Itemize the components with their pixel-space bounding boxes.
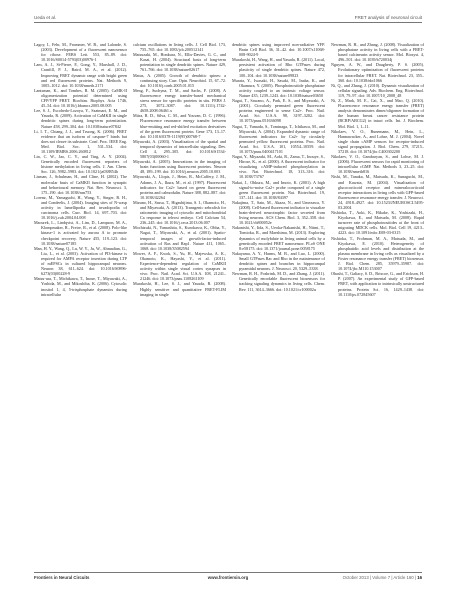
reference-entry: dendritic spines using improved non-radi… [232,42,325,57]
reference-entry: Nagai, T., Sawano, A., Park, E. S., and … [232,98,325,123]
header-authors: Ueda et al. [34,15,56,20]
reference-entry: Nishi, M., Tanaka, M., Matsuda, K., Suna… [331,174,424,210]
reference-entry: Nikolaev, V. O., Bunemann, M., Hein, L.,… [331,129,424,154]
reference-entry: Miyawaki, A. (2003). Visualization of th… [133,139,226,159]
reference-entry: Murakoshi, H., Wang, H., and Yasuda, R. … [232,57,325,77]
column-3: dendritic spines using improved non-radi… [232,42,325,552]
reference-entry: Ohashi, T., Galiacy, S. D., Briscoe, G.,… [331,271,424,296]
reference-entry: Mower, A. F., Kwok, S., Yu, H., Majewska… [133,251,226,282]
reference-entry: Man, H. Y., Wang, Q., Lu, W. Y., Ju, W.,… [34,246,127,277]
reference-entry: Lisman, J., Schulman, H., and Cline, H. … [34,174,127,194]
header-title: FRET analysis of neuronal circuit [355,15,422,20]
reference-entry: Lee, S. J., Escobedo-Lozoya, Y., Szatmar… [34,108,127,128]
footer-issue-info: October 2013 | Volume 7 | Article 160 | … [343,575,422,580]
reference-entry: Nakanishi, Y., Iida, S., Ueoka-Nakanishi… [232,225,325,250]
reference-entry: Newman, R. H., and Zhang, J. (2008). Vis… [331,42,424,62]
reference-entry: Lorenz, M., Yamaguchi, H., Wang, Y., Sin… [34,195,127,220]
header-divider [34,22,422,23]
reference-entry: Mizuno, H., Sassa, T., Higashijima, S. I… [133,200,226,225]
reference-entry: Lin, C. W., Jao, C. Y., and Ting, A. Y. … [34,154,127,174]
footer-divider [34,572,422,573]
reference-entry: Nikolaev, V. O., Gambaryan, S., and Lohs… [331,154,424,174]
column-4: Newman, R. H., and Zhang, J. (2008). Vis… [331,42,424,552]
reference-list: Lagoy, I., Fehr, M., Frommer, W. B., and… [34,42,424,552]
reference-entry: Ni, Z., Mark, M. E., Cai, X., and Mao, Q… [331,98,424,129]
reference-entry: Li, I. T., Chiang, J. J., and Truong, K.… [34,129,127,154]
reference-entry: calcium oscillations in living cells. J.… [133,42,226,52]
reference-entry: Nagai, Y., Miyazaki, M., Aoki, R., Zama,… [232,154,325,179]
reference-entry: Meng, F., Suchyna, T. M., and Sachs, F. … [133,88,226,113]
reference-entry: Nakayama, A. Y., Harms, M. B., and Luo, … [232,251,325,271]
reference-entry: Lantsman, K., and Tombes, R. M. (2005). … [34,88,127,108]
reference-entry: Miyawaki, A., Llopis, J., Heim, R., McCa… [133,174,226,199]
reference-entry: Nishioka, T., Frohman, M. A., Matsuda, M… [331,236,424,272]
footer-issue: October 2013 | Volume 7 | Article 160 | [343,575,416,580]
reference-entry: Macurek, L., Lindqvist, A., Lim, D., Lam… [34,220,127,245]
reference-entry: Nguyen, A. W., and Daugherty, P. S. (200… [331,62,424,82]
reference-entry: Matsuzaki, M., Honkura, N., Ellis-Davies… [133,52,226,72]
reference-entry: Mitra, R. D., Silva, C. M., and Youvan, … [133,113,226,138]
reference-entry: Ni, Q., and Zhang, J. (2010). Dynamic vi… [331,83,424,98]
column-1: Lagoy, I., Fehr, M., Frommer, W. B., and… [34,42,127,552]
page-number: 16 [417,575,422,580]
reference-entry: Nakai, J., Ohkura, M., and Imoto, K. (20… [232,180,325,200]
reference-entry: Miyawaki, A. (2005). Innovations in the … [133,159,226,174]
reference-entry: Matus, A. (2005). Growth of dendritic sp… [133,73,226,88]
column-2: calcium oscillations in living cells. J.… [133,42,226,552]
reference-entry: Murakoshi, H., Lee, S. J., and Yasuda, R… [133,281,226,296]
reference-entry: Newman, R. H., Fosbrink, M. D., and Zhan… [232,271,325,291]
reference-entry: Matsu-ura, T., Michikawa, T., Inoue, T.,… [34,276,127,296]
reference-entry: Nagai, T., Yamada, S., Tominaga, T., Ich… [232,124,325,155]
reference-entry: Nishioka, T., Aoki, K., Hikake, K., Yosh… [331,210,424,235]
reference-entry: Nakajima, T., Sato, M., Akaza, N., and U… [232,200,325,225]
reference-entry: Murata, Y., Iwasaki, H., Sasaki, M., Ina… [232,78,325,98]
page-footer: Frontiers in Neural Circuits www.frontie… [34,575,422,583]
reference-entry: Lagoy, I., Fehr, M., Frommer, W. B., and… [34,42,127,62]
reference-entry: Mochizuki, N., Yamashita, S., Kurokawa, … [133,225,226,250]
reference-entry: Lam, A. J., St-Pierre, F., Gong, Y., Mar… [34,62,127,87]
